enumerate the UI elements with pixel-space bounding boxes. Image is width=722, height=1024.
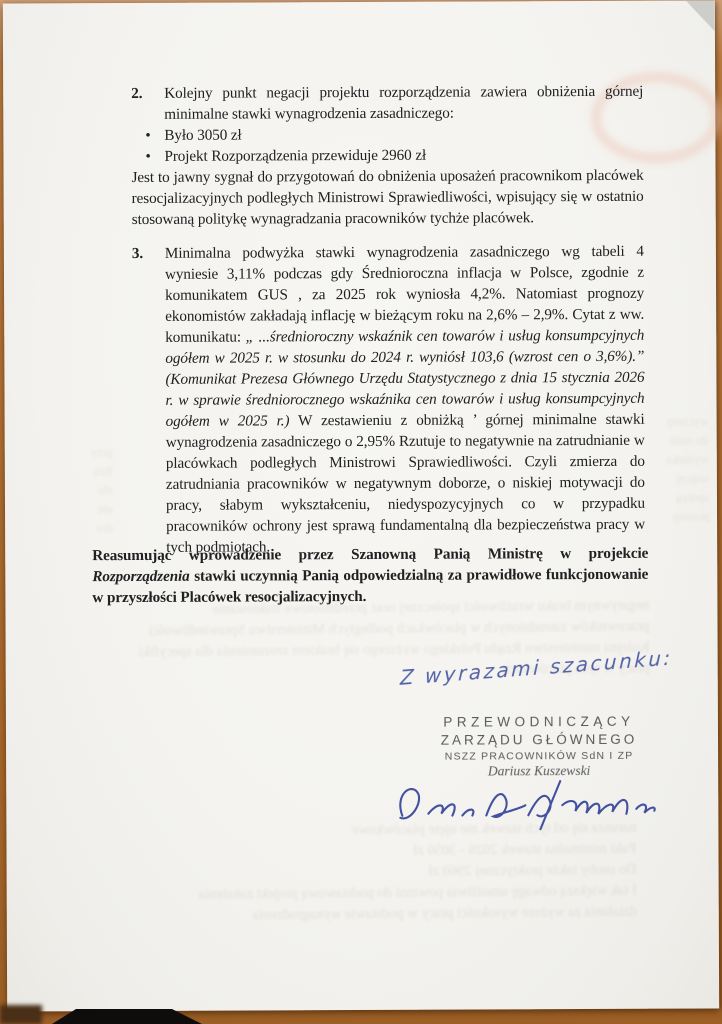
bleed-through-text: negatywnym braku wrażliwości społecznej … xyxy=(91,595,650,684)
bullet-icon: • xyxy=(145,125,150,146)
bleed-through-text: narusza się od tych stawek nie ujęte pla… xyxy=(136,817,637,927)
bleed-through-text: wyczerp do osób wydatka więcej sporzą pr… xyxy=(642,412,709,527)
bullet-item: • Było 3050 zł xyxy=(131,123,643,146)
bullet-text: Było 3050 zł xyxy=(164,127,241,144)
page-corner-fold xyxy=(686,0,715,31)
numbered-item-2: 2. Kolejny punkt negacji projektu rozpor… xyxy=(131,81,644,230)
stamp-line: ZARZĄDU GŁÓWNEGO xyxy=(409,731,669,750)
table-shadow xyxy=(0,1005,42,1024)
item3-text-after-quote: W zestawieniu z obniżką ’ górnej minimal… xyxy=(166,411,645,556)
item-conclusion: Jest to jawny sygnał do przygotowań do o… xyxy=(132,165,644,230)
numbered-item-3: 3. Minimalna podwyżka stawki wynagrodzen… xyxy=(132,241,645,558)
summary-part1: Reasumując wprowadzenie przez Szanowną P… xyxy=(92,545,648,564)
stamp-line: PRZEWODNICZĄCY xyxy=(409,713,669,732)
item-number: 2. xyxy=(131,83,142,104)
item-intro: Kolejny punkt negacji projektu rozporząd… xyxy=(164,83,643,123)
summary-italic-word: Rozporządzenia xyxy=(92,568,189,585)
bullet-icon: • xyxy=(145,146,150,167)
document-page: 2. Kolejny punkt negacji projektu rozpor… xyxy=(3,0,719,1011)
bleed-through-text: przy Rzą sło ału dro xyxy=(42,443,113,539)
bullet-text: Projekt Rozporządzenia przewiduje 2960 z… xyxy=(164,147,426,165)
bullet-item: • Projekt Rozporządzenia przewiduje 2960… xyxy=(131,144,643,167)
dark-object-on-table xyxy=(52,1009,202,1024)
chairman-stamp: PRZEWODNICZĄCY ZARZĄDU GŁÓWNEGO NSZZ PRA… xyxy=(409,713,669,765)
item-number: 3. xyxy=(132,243,143,264)
